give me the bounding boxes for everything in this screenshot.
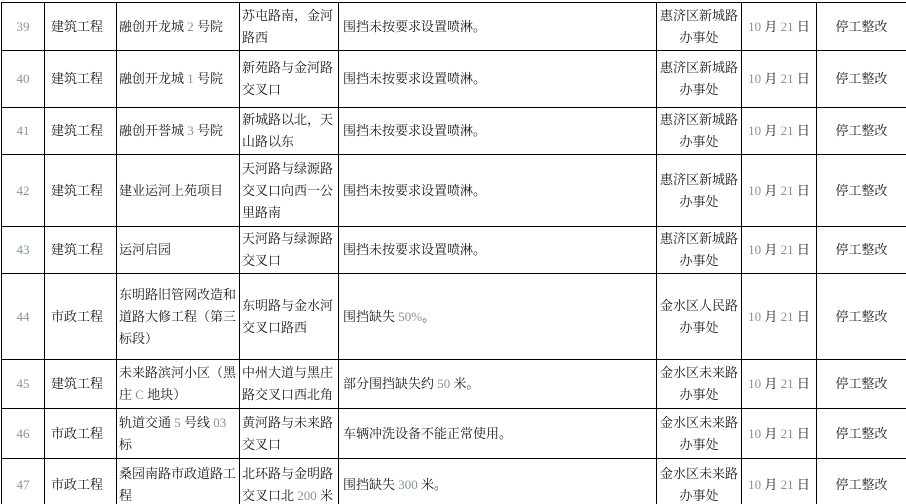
project-type-cell: 建筑工程 bbox=[45, 360, 117, 409]
office-cell: 金水区未来路办事处 bbox=[657, 409, 742, 459]
location-cell: 天河路与绿源路交叉口向西一公里路南 bbox=[240, 155, 339, 227]
action-cell: 停工整改 bbox=[817, 360, 906, 409]
project-name-cell: 东明路旧管网改造和道路大修工程（第三标段） bbox=[117, 274, 240, 360]
location-cell: 中州大道与黑庄路交叉口西北角 bbox=[240, 360, 339, 409]
date-cell: 10 月 21 日 bbox=[742, 155, 817, 227]
project-type-cell: 市政工程 bbox=[45, 459, 117, 504]
row-number-cell: 43 bbox=[2, 227, 45, 274]
project-name-cell: 融创开誉城 3 号院 bbox=[117, 108, 240, 155]
project-name-cell: 融创开龙城 1 号院 bbox=[117, 51, 240, 108]
problem-cell: 围挡未按要求设置喷淋。 bbox=[339, 3, 657, 51]
project-name-cell: 轨道交通 5 号线 03 标 bbox=[117, 409, 240, 459]
project-name-cell: 桑园南路市政道路工程 bbox=[117, 459, 240, 504]
project-type-cell: 建筑工程 bbox=[45, 51, 117, 108]
table-row: 40 建筑工程 融创开龙城 1 号院 新苑路与金河路交叉口 围挡未按要求设置喷淋… bbox=[2, 51, 906, 108]
problem-cell: 围挡未按要求设置喷淋。 bbox=[339, 155, 657, 227]
location-cell: 天河路与绿源路交叉口 bbox=[240, 227, 339, 274]
office-cell: 金水区未来路办事处 bbox=[657, 360, 742, 409]
project-name-cell: 未来路滨河小区（黑庄 C 地块） bbox=[117, 360, 240, 409]
project-name-cell: 运河启园 bbox=[117, 227, 240, 274]
table-row: 43 建筑工程 运河启园 天河路与绿源路交叉口 围挡未按要求设置喷淋。 惠济区新… bbox=[2, 227, 906, 274]
project-type-cell: 建筑工程 bbox=[45, 108, 117, 155]
project-name-cell: 融创开龙城 2 号院 bbox=[117, 3, 240, 51]
violation-table-body: 39 建筑工程 融创开龙城 2 号院 苏屯路南，金河路西 围挡未按要求设置喷淋。… bbox=[2, 3, 906, 504]
row-number-cell: 46 bbox=[2, 409, 45, 459]
project-type-cell: 建筑工程 bbox=[45, 227, 117, 274]
problem-cell: 车辆冲洗设备不能正常使用。 bbox=[339, 409, 657, 459]
office-cell: 惠济区新城路办事处 bbox=[657, 3, 742, 51]
action-cell: 停工整改 bbox=[817, 155, 906, 227]
problem-cell: 围挡未按要求设置喷淋。 bbox=[339, 51, 657, 108]
table-row: 46 市政工程 轨道交通 5 号线 03 标 黄河路与未来路交叉口 车辆冲洗设备… bbox=[2, 409, 906, 459]
table-row: 45 建筑工程 未来路滨河小区（黑庄 C 地块） 中州大道与黑庄路交叉口西北角 … bbox=[2, 360, 906, 409]
project-type-cell: 市政工程 bbox=[45, 409, 117, 459]
date-cell: 10 月 21 日 bbox=[742, 360, 817, 409]
action-cell: 停工整改 bbox=[817, 409, 906, 459]
date-cell: 10 月 21 日 bbox=[742, 51, 817, 108]
row-number-cell: 42 bbox=[2, 155, 45, 227]
table-row: 42 建筑工程 建业运河上苑项目 天河路与绿源路交叉口向西一公里路南 围挡未按要… bbox=[2, 155, 906, 227]
action-cell: 停工整改 bbox=[817, 227, 906, 274]
row-number-cell: 47 bbox=[2, 459, 45, 504]
action-cell: 停工整改 bbox=[817, 274, 906, 360]
location-cell: 黄河路与未来路交叉口 bbox=[240, 409, 339, 459]
office-cell: 惠济区新城路办事处 bbox=[657, 155, 742, 227]
project-type-cell: 市政工程 bbox=[45, 274, 117, 360]
action-cell: 停工整改 bbox=[817, 3, 906, 51]
location-cell: 新苑路与金河路交叉口 bbox=[240, 51, 339, 108]
row-number-cell: 45 bbox=[2, 360, 45, 409]
date-cell: 10 月 21 日 bbox=[742, 108, 817, 155]
action-cell: 停工整改 bbox=[817, 51, 906, 108]
problem-cell: 围挡缺失 300 米。 bbox=[339, 459, 657, 504]
project-name-cell: 建业运河上苑项目 bbox=[117, 155, 240, 227]
problem-cell: 围挡未按要求设置喷淋。 bbox=[339, 108, 657, 155]
date-cell: 10 月 21 日 bbox=[742, 274, 817, 360]
problem-cell: 围挡未按要求设置喷淋。 bbox=[339, 227, 657, 274]
row-number-cell: 41 bbox=[2, 108, 45, 155]
action-cell: 停工整改 bbox=[817, 459, 906, 504]
action-cell: 停工整改 bbox=[817, 108, 906, 155]
location-cell: 北环路与金明路交叉口北 200 米 bbox=[240, 459, 339, 504]
problem-cell: 部分围挡缺失约 50 米。 bbox=[339, 360, 657, 409]
row-number-cell: 44 bbox=[2, 274, 45, 360]
table-row: 47 市政工程 桑园南路市政道路工程 北环路与金明路交叉口北 200 米 围挡缺… bbox=[2, 459, 906, 504]
office-cell: 金水区人民路办事处 bbox=[657, 274, 742, 360]
row-number-cell: 40 bbox=[2, 51, 45, 108]
project-type-cell: 建筑工程 bbox=[45, 3, 117, 51]
date-cell: 10 月 21 日 bbox=[742, 227, 817, 274]
location-cell: 苏屯路南，金河路西 bbox=[240, 3, 339, 51]
table-row: 41 建筑工程 融创开誉城 3 号院 新城路以北，天山路以东 围挡未按要求设置喷… bbox=[2, 108, 906, 155]
date-cell: 10 月 21 日 bbox=[742, 3, 817, 51]
office-cell: 惠济区新城路办事处 bbox=[657, 51, 742, 108]
location-cell: 东明路与金水河交叉口路西 bbox=[240, 274, 339, 360]
problem-cell: 围挡缺失 50%。 bbox=[339, 274, 657, 360]
table-row: 39 建筑工程 融创开龙城 2 号院 苏屯路南，金河路西 围挡未按要求设置喷淋。… bbox=[2, 3, 906, 51]
location-cell: 新城路以北，天山路以东 bbox=[240, 108, 339, 155]
table-row: 44 市政工程 东明路旧管网改造和道路大修工程（第三标段） 东明路与金水河交叉口… bbox=[2, 274, 906, 360]
project-type-cell: 建筑工程 bbox=[45, 155, 117, 227]
office-cell: 惠济区新城路办事处 bbox=[657, 108, 742, 155]
office-cell: 金水区未来路办事处 bbox=[657, 459, 742, 504]
date-cell: 10 月 21 日 bbox=[742, 459, 817, 504]
office-cell: 惠济区新城路办事处 bbox=[657, 227, 742, 274]
violation-table: 39 建筑工程 融创开龙城 2 号院 苏屯路南，金河路西 围挡未按要求设置喷淋。… bbox=[1, 2, 906, 504]
row-number-cell: 39 bbox=[2, 3, 45, 51]
date-cell: 10 月 21 日 bbox=[742, 409, 817, 459]
